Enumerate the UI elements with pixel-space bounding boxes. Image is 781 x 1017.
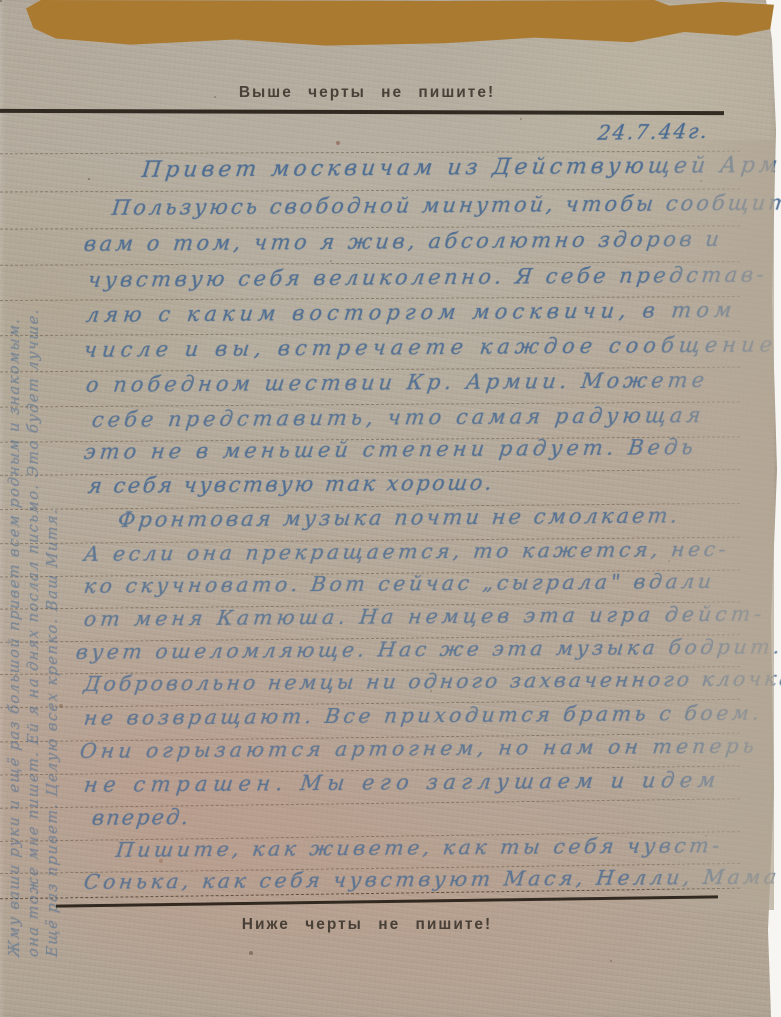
header-instruction: Выше черты не пишите!: [0, 84, 734, 102]
handwriting-line: вам о том, что я жив, абсолютно здоров и: [83, 227, 724, 256]
handwriting-line: Пишите, как живете, как ты себя чувст-: [115, 833, 725, 862]
handwriting-line: не страшен. Мы его заглушаем и идем: [83, 768, 723, 797]
handwriting-line: ко скучновато. Вот сейчас „сыграла" вдал…: [83, 569, 716, 598]
paper-specks: [0, 0, 2, 2]
handwriting-line: Фронтовая музыка почти не смолкает.: [117, 504, 682, 532]
scanned-letter-page: Выше черты не пишите! 24.7.44г. Привет м…: [0, 0, 781, 1017]
margin-note-line: Ещё раз привет. Целую всех крепко. Ваш М…: [44, 111, 63, 958]
margin-writing: Жму ваши руки и ещё раз большой привет в…: [6, 112, 63, 957]
handwriting-line: это не в меньшей степени радует. Ведь: [83, 435, 699, 464]
margin-note-line: Жму ваши руки и ещё раз большой привет в…: [6, 111, 25, 958]
handwriting-line: А если она прекращается, то кажется, нес…: [83, 537, 731, 566]
footer-instruction: Ниже черты не пишите!: [0, 916, 734, 934]
handwriting-line: я себя чувствую так хорошо.: [87, 471, 496, 498]
handwriting-line: вперед.: [91, 805, 192, 830]
handwriting-line: себе представить, что самая радующая: [91, 403, 706, 432]
faded-ink-area: [636, 140, 774, 910]
margin-note-line: она тоже мне пишет. Ей я на днях послал …: [25, 111, 44, 958]
handwriting-line: о победном шествии Кр. Армии. Можете: [85, 368, 710, 397]
